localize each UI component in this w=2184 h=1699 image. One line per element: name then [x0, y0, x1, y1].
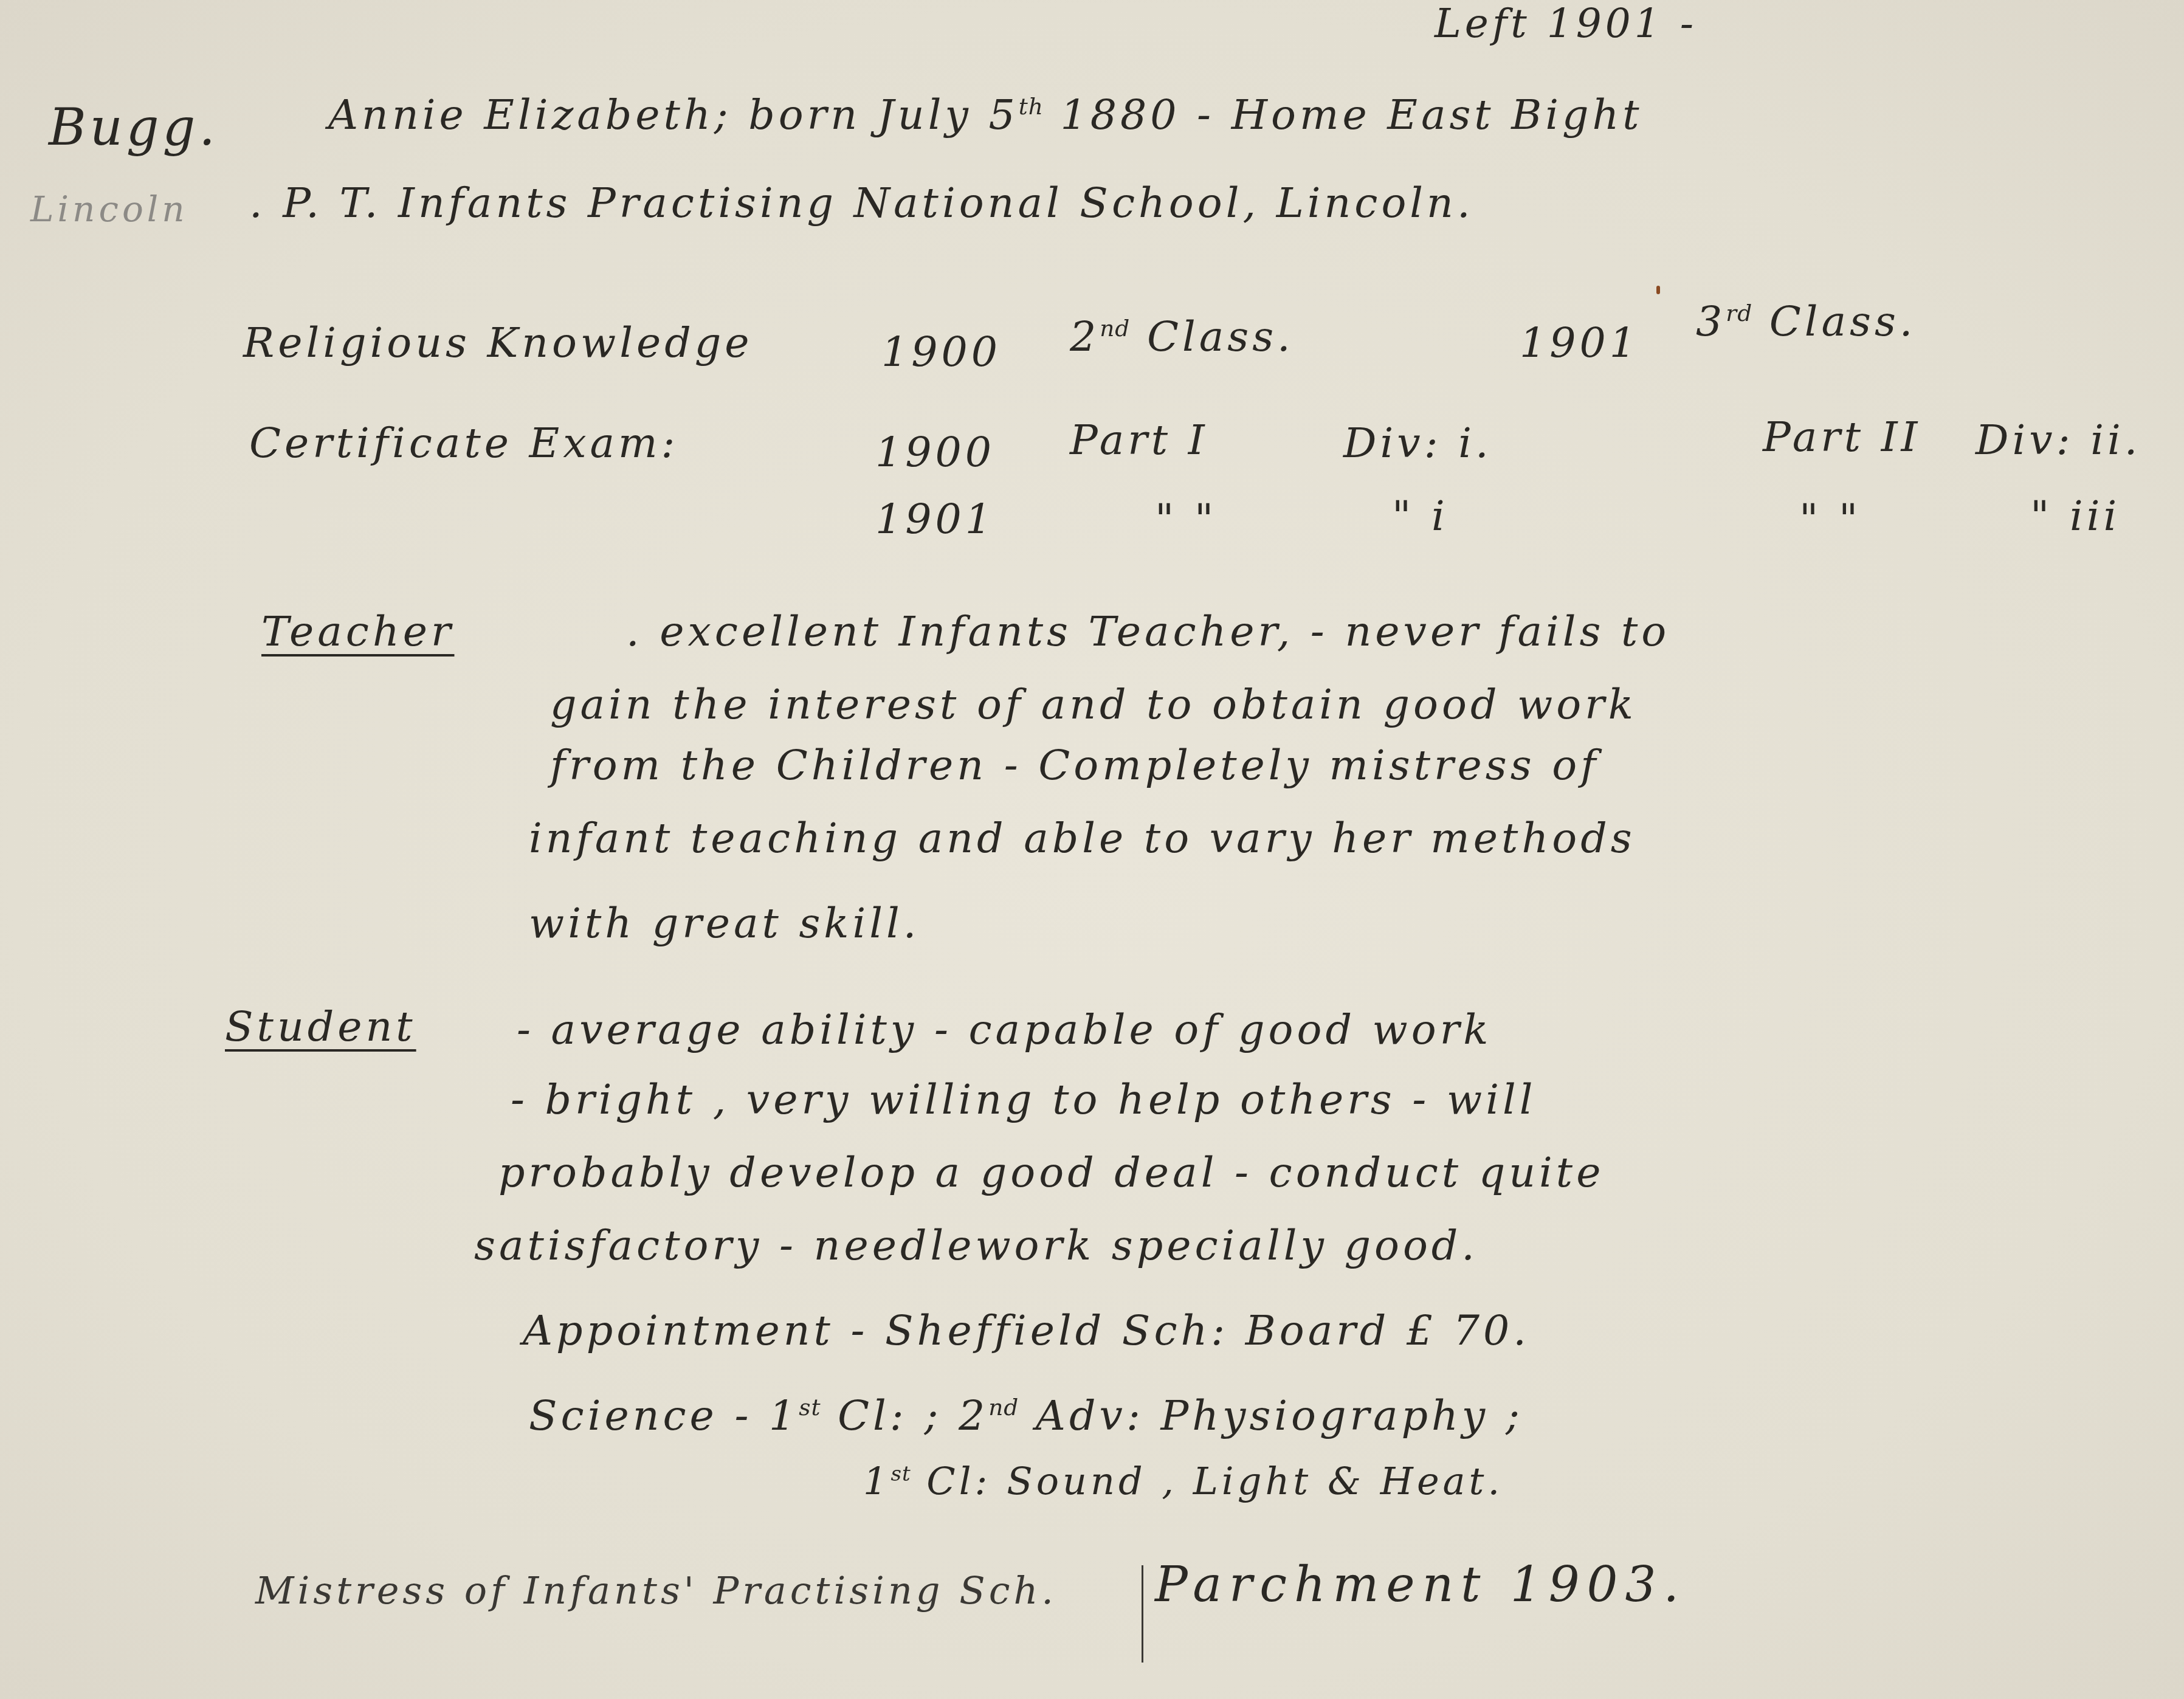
left-date-note: Left 1901 - [1435, 0, 1697, 47]
teacher-line-4: infant teaching and able to vary her met… [529, 815, 1636, 863]
margin-place-note: Lincoln [30, 188, 188, 230]
name-birth-line: Annie Elizabeth; born July 5th 1880 - Ho… [328, 91, 1643, 139]
teacher-line-3: from the Children - Completely mistress … [550, 742, 1599, 790]
religious-year-1900: 1900 [881, 328, 1001, 376]
cert-1901-part2: " " [1799, 495, 1861, 543]
ink-spot [1656, 286, 1660, 294]
birth-year-home: 1880 - Home East Bight [1044, 91, 1643, 139]
birth-day-suffix: th [1019, 93, 1044, 120]
student-line-1: - average ability - capable of good work [517, 1006, 1492, 1054]
cert-1900-part1: Part I [1070, 416, 1208, 464]
religious-result-1901: 3rd Class. [1696, 298, 1916, 346]
student-line-3: probably develop a good deal - conduct q… [498, 1149, 1604, 1197]
science-line-1: Science - 1st Cl: ; 2nd Adv: Physiograph… [529, 1392, 1523, 1440]
cert-1900-part2: Part II [1763, 413, 1921, 461]
certificate-exam-label: Certificate Exam: [249, 419, 679, 467]
cert-1901-part1: " " [1155, 495, 1217, 543]
religious-year-1901: 1901 [1520, 319, 1639, 367]
cert-1900-div1: Div: i. [1343, 419, 1492, 467]
name-and-birth: Annie Elizabeth; born July 5 [328, 91, 1019, 139]
footer-left-note: Mistress of Infants' Practising Sch. [255, 1568, 1057, 1613]
student-line-4: satisfactory - needlework specially good… [474, 1222, 1478, 1270]
surname: Bugg. [49, 97, 219, 157]
cert-year-1901: 1901 [875, 495, 995, 543]
teacher-line-5: with great skill. [529, 900, 920, 948]
school-line: . P. T. Infants Practising National Scho… [249, 179, 1474, 227]
footer-parchment-note: Parchment 1903. [1155, 1556, 1686, 1613]
handwritten-ledger-page: Left 1901 - Bugg. Annie Elizabeth; born … [0, 0, 2184, 1699]
student-label: Student [225, 1003, 416, 1051]
teacher-line-1: . excellent Infants Teacher, - never fai… [626, 608, 1670, 656]
student-line-2: - bright , very willing to help others -… [511, 1076, 1536, 1124]
footer-divider [1142, 1565, 1143, 1663]
appointment-line: Appointment - Sheffield Sch: Board £ 70. [523, 1307, 1530, 1355]
cert-1900-div2: Div: ii. [1976, 416, 2141, 464]
cert-1901-div2: " iii [2030, 492, 2120, 540]
cert-1901-div1: " i [1392, 492, 1449, 540]
teacher-label: Teacher [261, 608, 455, 656]
science-line-2: 1st Cl: Sound , Light & Heat. [863, 1459, 1503, 1503]
cert-year-1900: 1900 [875, 429, 995, 477]
religious-knowledge-label: Religious Knowledge [243, 319, 753, 367]
religious-result-1900: 2nd Class. [1070, 313, 1294, 361]
teacher-line-2: gain the interest of and to obtain good … [550, 681, 1637, 729]
